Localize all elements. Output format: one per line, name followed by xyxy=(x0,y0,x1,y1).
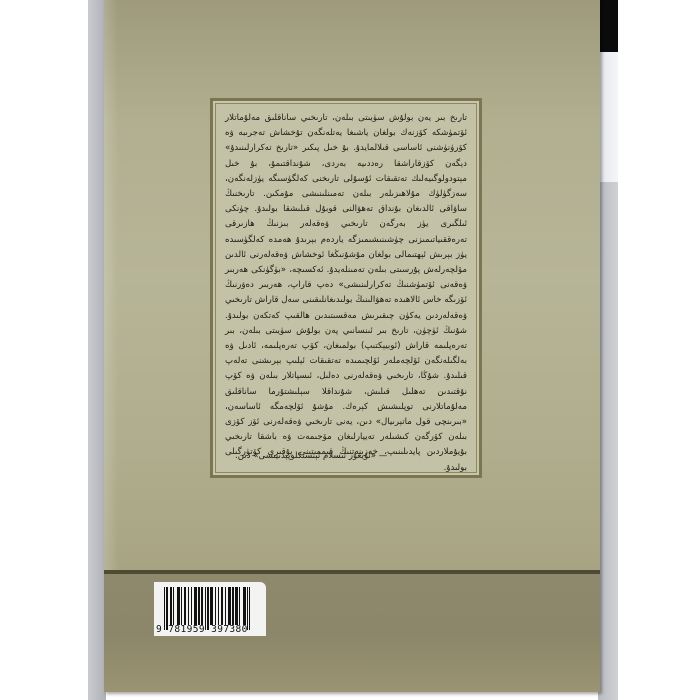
blurb-frame: تارىخ بىر يەن بولۇش سۈيىتى بىلەن، تارىخى… xyxy=(210,98,482,478)
backdrop-right-light xyxy=(598,52,618,182)
backdrop-right-grey xyxy=(598,182,618,700)
blurb-text-area: تارىخ بىر يەن بولۇش سۈيىتى بىلەن، تارىخى… xyxy=(221,109,471,467)
barcode-bars-icon xyxy=(164,587,260,625)
book-back-cover: تارىخ بىر يەن بولۇش سۈيىتى بىلەن، تارىخى… xyxy=(104,0,600,692)
backdrop-right-dark xyxy=(598,0,618,52)
blurb-attribution: — «ئۇيغۇر ئىسلام ئېنسىكلوپېدىيىسى» دىن. xyxy=(235,451,387,461)
isbn-barcode: 9 781959 397380 xyxy=(154,582,266,636)
blurb-paragraph: تارىخ بىر يەن بولۇش سۈيىتى بىلەن، تارىخى… xyxy=(225,111,467,476)
isbn-digits: 9 781959 397380 xyxy=(156,624,264,635)
